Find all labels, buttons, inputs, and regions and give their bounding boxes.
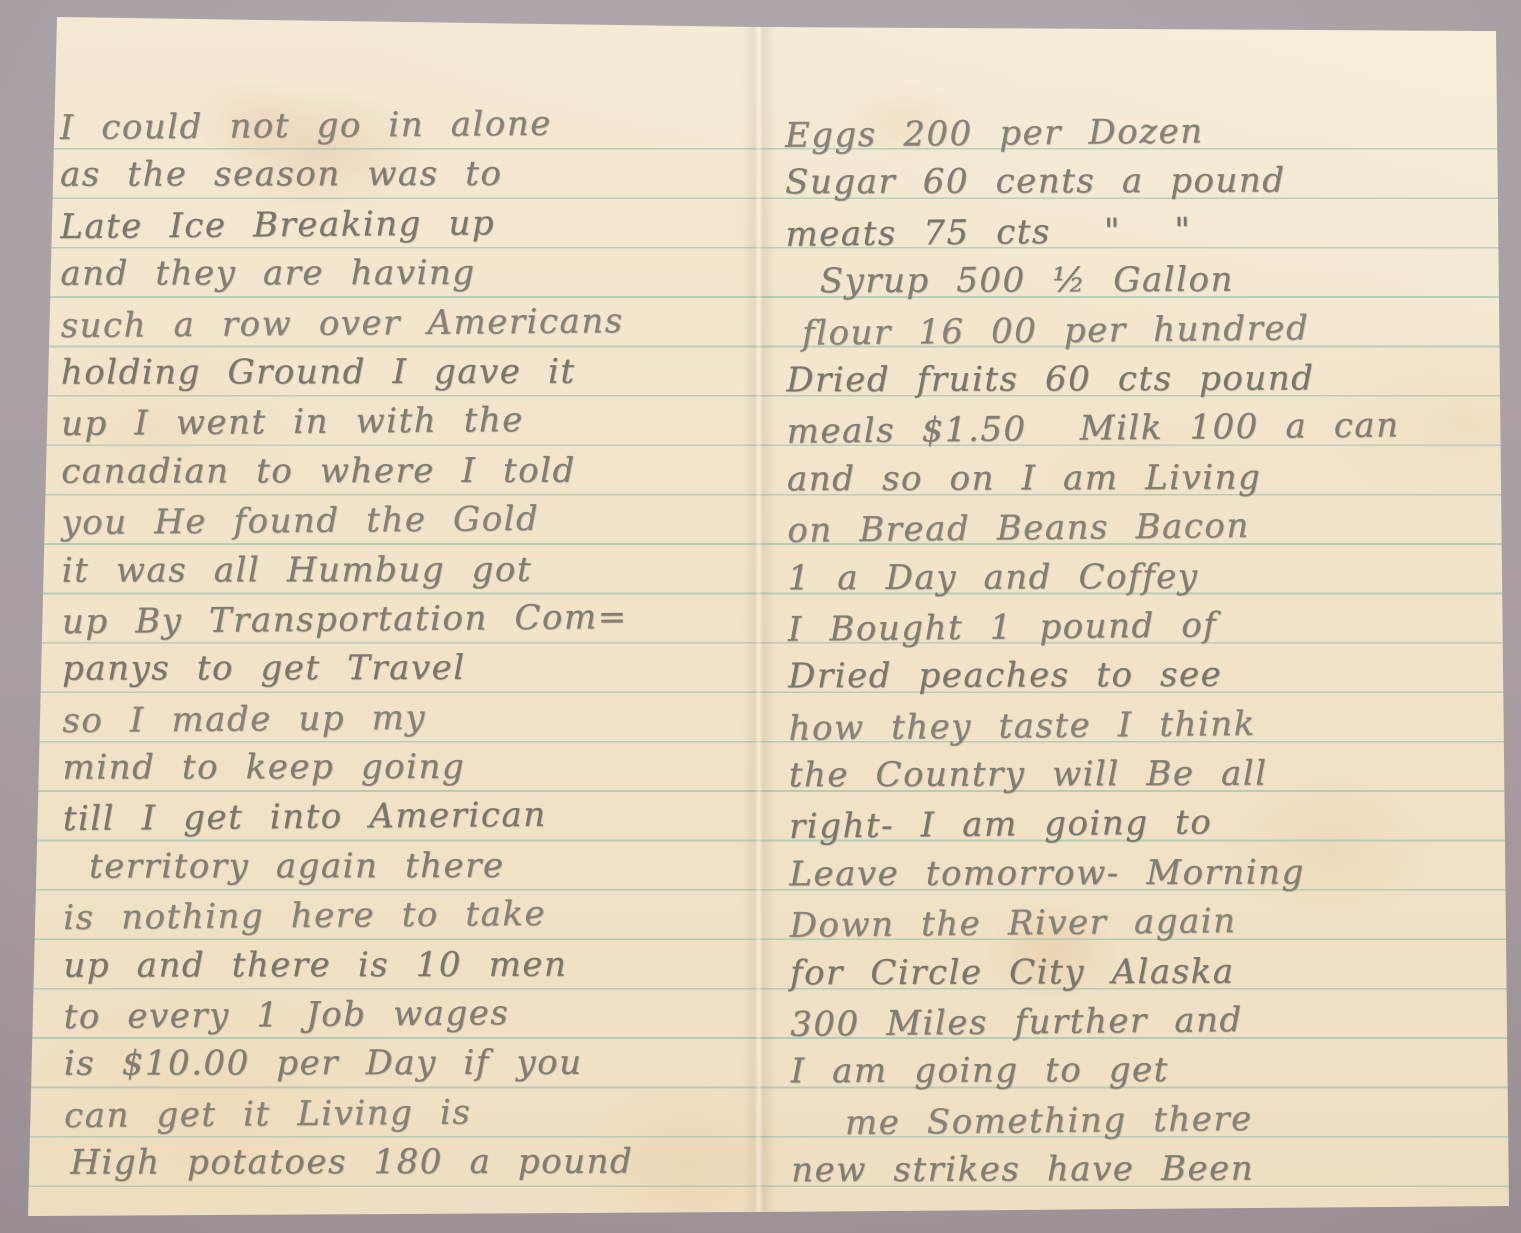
letter-sheet: I could not go in aloneas the season was… bbox=[0, 0, 1521, 1233]
photo-backdrop: I could not go in aloneas the season was… bbox=[0, 0, 1521, 1233]
aged-paper-vignette bbox=[0, 0, 1521, 1233]
